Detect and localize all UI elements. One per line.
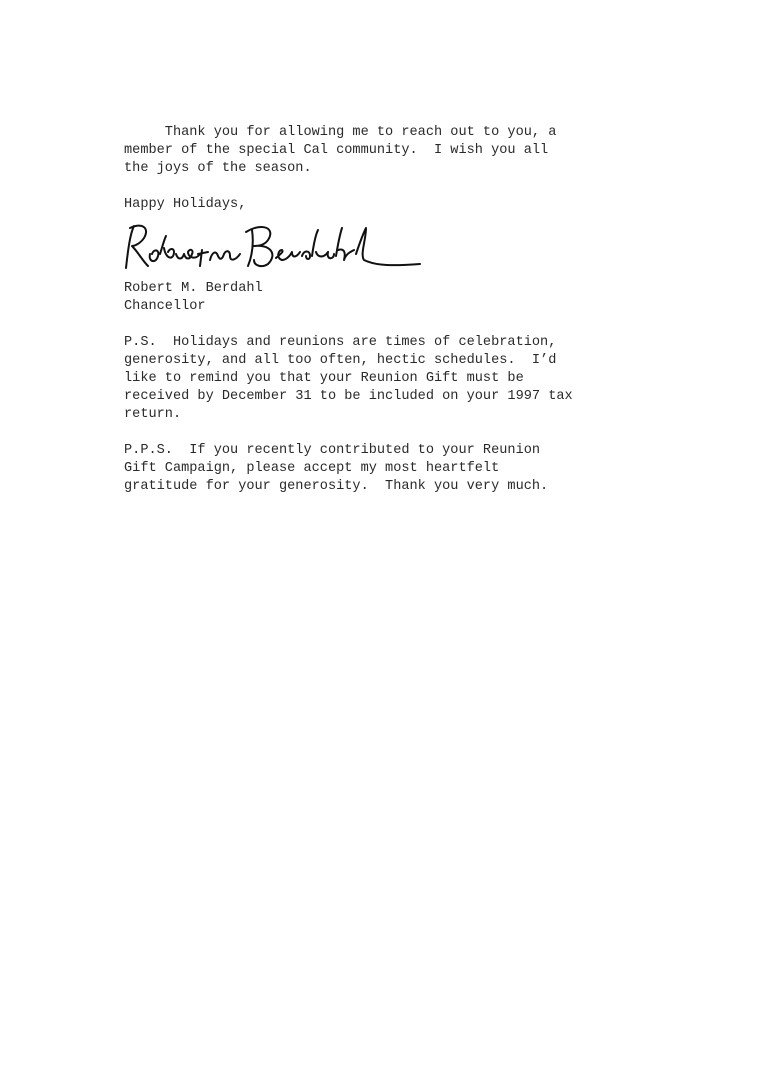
text-line: like to remind you that your Reunion Gif… xyxy=(124,370,644,388)
text-line: Gift Campaign, please accept my most hea… xyxy=(124,460,644,478)
signer-name: Robert M. Berdahl xyxy=(124,280,644,298)
handwritten-signature xyxy=(124,216,644,280)
text-line: received by December 31 to be included o… xyxy=(124,388,644,406)
text-line: P.P.S. If you recently contributed to yo… xyxy=(124,442,644,460)
text-line: gratitude for your generosity. Thank you… xyxy=(124,478,644,496)
text-line: P.S. Holidays and reunions are times of … xyxy=(124,334,644,352)
opening-paragraph: Thank you for allowing me to reach out t… xyxy=(124,124,644,178)
signer-title: Chancellor xyxy=(124,298,644,316)
letter-page: Thank you for allowing me to reach out t… xyxy=(124,124,644,496)
post-postscript: P.P.S. If you recently contributed to yo… xyxy=(124,442,644,496)
text-line: return. xyxy=(124,406,644,424)
text-line: member of the special Cal community. I w… xyxy=(124,142,644,160)
text-line: Thank you for allowing me to reach out t… xyxy=(124,124,644,142)
postscript: P.S. Holidays and reunions are times of … xyxy=(124,334,644,424)
closing-salutation: Happy Holidays, xyxy=(124,196,644,214)
text-line: the joys of the season. xyxy=(124,160,644,178)
text-line: generosity, and all too often, hectic sc… xyxy=(124,352,644,370)
